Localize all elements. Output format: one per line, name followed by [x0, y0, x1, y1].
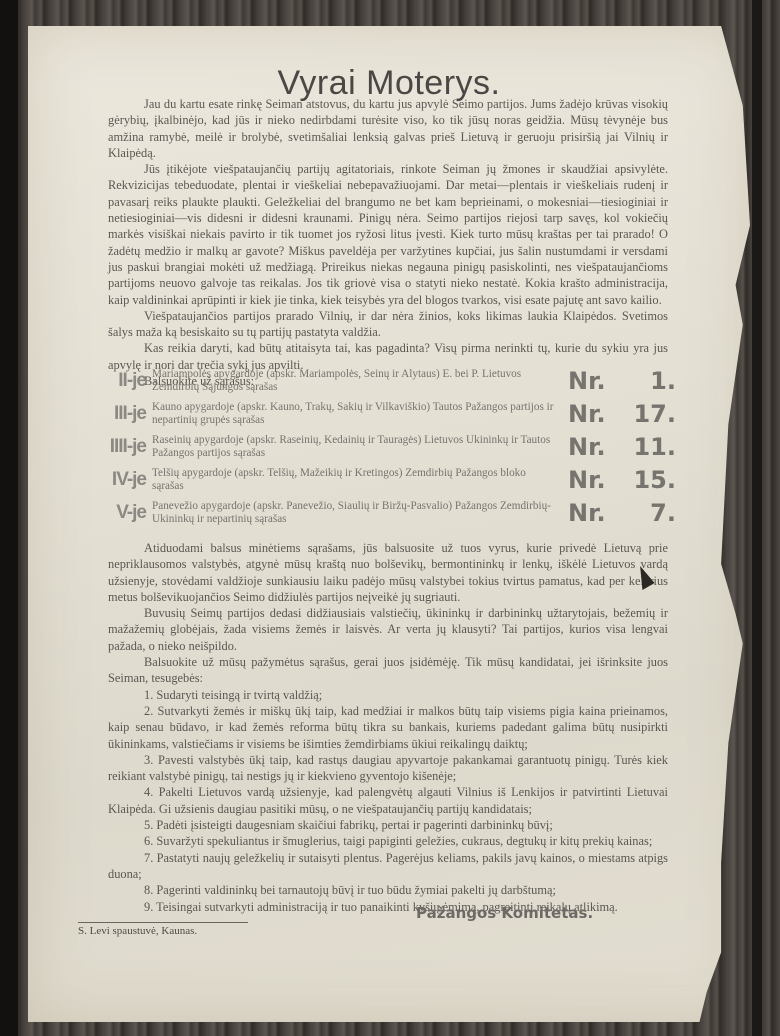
middle-paragraph: Atiduodami balsus minėtiems sąrašams, jū… [108, 540, 668, 605]
intro-text: Jau du kartu esate rinkę Seiman atstovus… [108, 96, 668, 389]
list-number-label: Nr. [568, 433, 606, 461]
program-item: 7. Pastatyti naujų geležkelių ir sutaisy… [108, 850, 668, 883]
program-item: 6. Suvaržyti spekuliantus ir šmuglerius,… [108, 833, 668, 849]
program-item: 1. Sudaryti teisingą ir tvirtą valdžią; [108, 687, 668, 703]
district-description: Raseinių apygardoje (apskr. Raseinių, Ke… [152, 434, 568, 460]
wood-background-right [752, 0, 762, 1036]
district-description: Panevežio apygardoje (apskr. Panevežio, … [152, 500, 568, 526]
list-number-value: 1. [650, 367, 676, 395]
district-number: II-je [106, 370, 152, 392]
district-row: IV-je Telšių apygardoje (apskr. Telšių, … [106, 463, 676, 496]
district-row: IIII-je Raseinių apygardoje (apskr. Rase… [106, 430, 676, 463]
district-row: II-je Mariampolės apygardoje (apskr. Mar… [106, 364, 676, 397]
list-number-value: 11. [633, 433, 676, 461]
list-number-label: Nr. [568, 367, 606, 395]
list-number-value: 17. [633, 400, 676, 428]
list-number-value: 15. [633, 466, 676, 494]
leaflet-paper: Vyrai Moterys. Jau du kartu esate rinkę … [28, 26, 750, 1022]
list-number: Nr.17. [568, 400, 676, 428]
intro-paragraph: Jūs įtikėjote viešpataujančių partijų ag… [108, 161, 668, 308]
list-number-label: Nr. [568, 499, 606, 527]
middle-paragraph: Balsuokite už mūsų pažymėtus sąrašus, ge… [108, 654, 668, 687]
printer-divider [78, 922, 248, 923]
program-item: 8. Pagerinti valdininkų bei tarnautojų b… [108, 882, 668, 898]
district-list: II-je Mariampolės apygardoje (apskr. Mar… [106, 364, 676, 529]
middle-paragraph: Buvusių Seimų partijos dedasi didžiausia… [108, 605, 668, 654]
program-item: 5. Padėti įsisteigti daugesniam skaičiui… [108, 817, 668, 833]
district-row: III-je Kauno apygardoje (apskr. Kauno, T… [106, 397, 676, 430]
program-list: 1. Sudaryti teisingą ir tvirtą valdžią; … [108, 687, 668, 915]
printer-credit: S. Levi spaustuvė, Kaunas. [78, 925, 197, 937]
intro-paragraph: Viešpataujančios partijos prarado Vilnių… [108, 308, 668, 341]
program-item: 4. Pakelti Lietuvos vardą užsienyje, kad… [108, 784, 668, 817]
list-number: Nr.1. [568, 367, 676, 395]
program-item: 3. Pavesti valstybės ūkį taip, kad rastų… [108, 752, 668, 785]
district-row: V-je Panevežio apygardoje (apskr. Paneve… [106, 496, 676, 529]
list-number-label: Nr. [568, 400, 606, 428]
list-number: Nr.7. [568, 499, 676, 527]
intro-paragraph: Jau du kartu esate rinkę Seiman atstovus… [108, 96, 668, 161]
signature: Pažangos Komitetas. [416, 904, 593, 922]
program-text: Atiduodami balsus minėtiems sąrašams, jū… [108, 540, 668, 915]
wood-background-left [0, 0, 18, 1036]
district-description: Kauno apygardoje (apskr. Kauno, Trakų, S… [152, 401, 568, 427]
list-number: Nr.15. [568, 466, 676, 494]
district-description: Mariampolės apygardoje (apskr. Mariampol… [152, 368, 568, 394]
program-item: 2. Sutvarkyti žemės ir miškų ūkį taip, k… [108, 703, 668, 752]
list-number: Nr.11. [568, 433, 676, 461]
district-number: IIII-je [106, 436, 152, 458]
list-number-label: Nr. [568, 466, 606, 494]
district-number: IV-je [106, 469, 152, 491]
district-description: Telšių apygardoje (apskr. Telšių, Mažeik… [152, 467, 568, 493]
list-number-value: 7. [650, 499, 676, 527]
district-number: V-je [106, 502, 152, 524]
district-number: III-je [106, 403, 152, 425]
